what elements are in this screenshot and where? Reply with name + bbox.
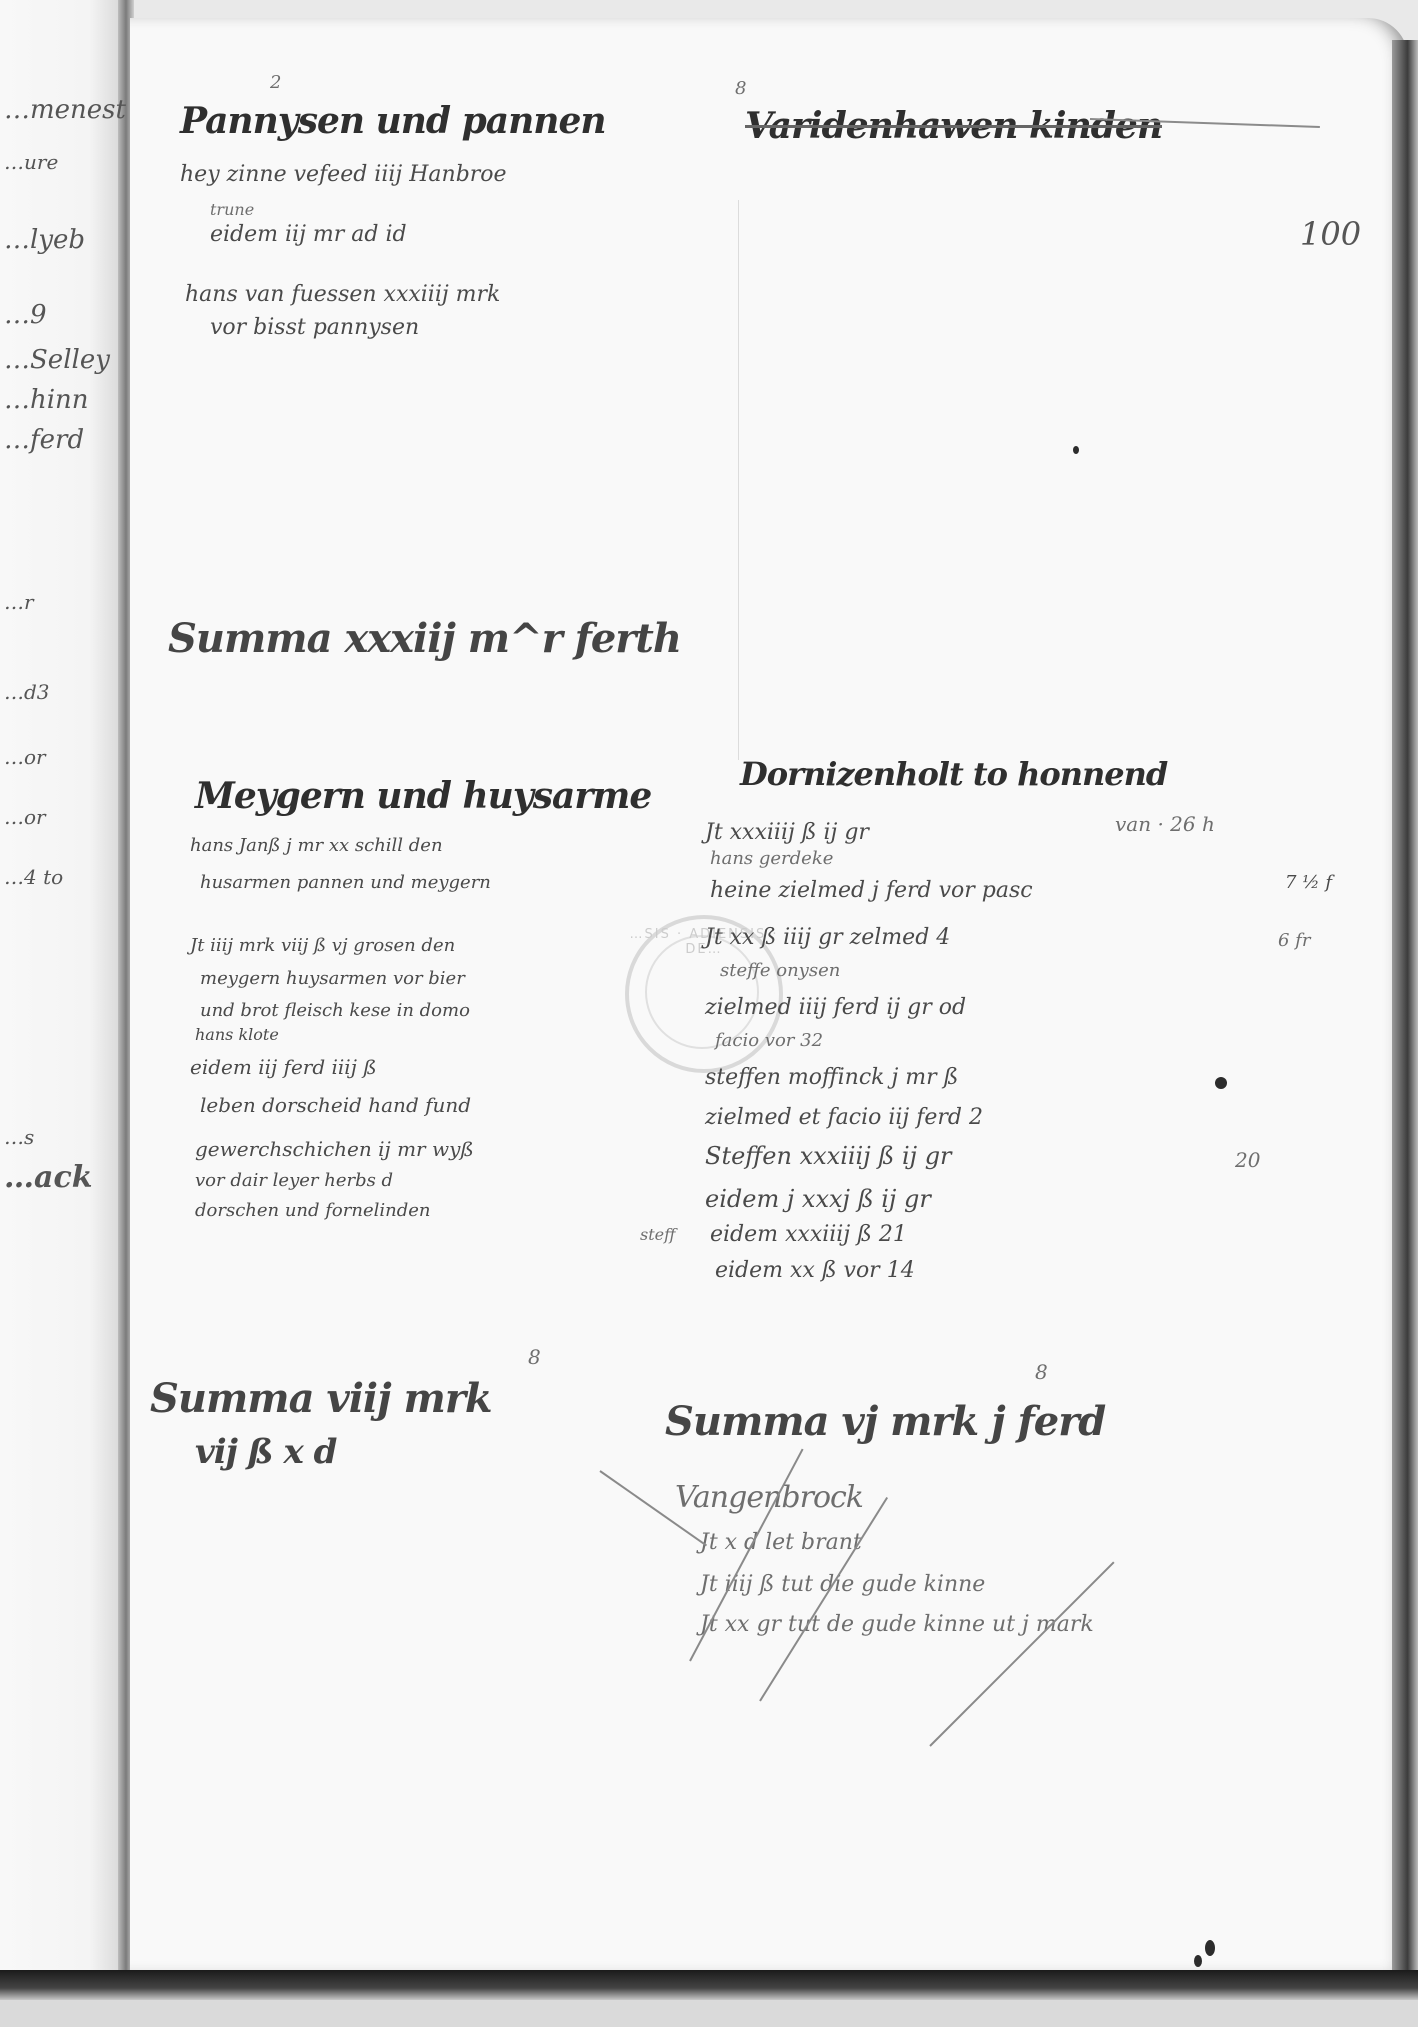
entry-line: Jt iiij ß tut die gude kinne — [700, 1572, 985, 1597]
page-edge — [1392, 40, 1418, 1980]
heading-prefix: 8 — [735, 78, 746, 99]
sum-total-3: Summa vj mrk j ferd — [665, 1398, 1105, 1445]
ink-spot — [1073, 446, 1079, 454]
section-heading: Dornizenholt to honnend — [740, 755, 1167, 793]
left-fragment: …s — [4, 1125, 34, 1149]
entry-line: Jt iiij mrk viij ß vj grosen den — [190, 935, 455, 956]
entry-line: eidem iij mr ad id — [210, 222, 407, 247]
entry-line: steffe onysen — [720, 960, 840, 981]
entry-line: eidem xx ß vor 14 — [715, 1258, 915, 1283]
entry-line: meygern huysarmen vor bier — [200, 968, 465, 989]
entry-line: und brot fleisch kese in domo — [200, 1000, 470, 1021]
entry-line: Jt x d let brant — [700, 1530, 862, 1555]
entry-line: Jt xx ß iiij gr zelmed 4 — [705, 925, 950, 950]
entry-line: eidem iij ferd iiij ß — [190, 1055, 377, 1079]
entry-line: vor dair leyer herbs d — [195, 1170, 393, 1191]
entry-line: Jt xxxiiij ß ij gr — [705, 820, 869, 845]
section-heading: Meygern und huysarme — [195, 775, 651, 817]
sum-total-2-line2: vij ß x d — [195, 1432, 336, 1472]
ink-spot — [1205, 1940, 1215, 1956]
entry-line: Steffen xxxiiij ß ij gr — [705, 1142, 952, 1170]
sum-superscript: 8 — [528, 1345, 541, 1369]
column-rule — [738, 200, 739, 760]
entry-line: gewerchschichen ij mr wyß — [195, 1137, 474, 1161]
sum-total-1: Summa xxxiij m^r ferth — [168, 615, 681, 662]
left-fragment: …ack — [4, 1160, 93, 1195]
entry-line: dorschen und fornelinden — [195, 1200, 431, 1221]
left-fragment: …4 to — [4, 865, 63, 889]
ink-spot — [1215, 1077, 1227, 1089]
left-fragment: …Selley — [4, 345, 110, 375]
entry-line: husarmen pannen und meygern — [200, 872, 491, 893]
heading-superscript: 2 — [270, 72, 281, 93]
left-fragment: …ure — [4, 150, 58, 174]
left-fragment: …9 — [4, 300, 47, 330]
entry-line: leben dorscheid hand fund — [200, 1093, 471, 1117]
left-fragment: …lyeb — [4, 225, 85, 255]
entry-line: vor bisst pannysen — [210, 315, 419, 340]
entry-note: 7 ½ f — [1285, 872, 1332, 893]
entry-note: 20 — [1235, 1148, 1260, 1172]
entry-line: hans klote — [195, 1025, 279, 1044]
entry-line: zielmed iiij ferd ij gr od — [705, 995, 966, 1020]
bottom-strip — [0, 2000, 1418, 2027]
left-fragment: …or — [4, 745, 46, 769]
entry-line: steffen moffinck j mr ß — [705, 1065, 958, 1090]
entry-line: trune — [210, 200, 254, 219]
ink-spot — [1194, 1955, 1202, 1967]
left-fragment: …d3 — [4, 680, 50, 704]
entry-note: 6 fr — [1278, 930, 1310, 951]
left-fragment: …ferd — [4, 425, 84, 455]
entry-line: zielmed et facio iij ferd 2 — [705, 1105, 983, 1130]
left-fragment: …or — [4, 805, 46, 829]
sum-superscript: 8 — [1035, 1360, 1048, 1384]
entry-line: Jt xx gr tut de gude kinne ut j mark — [700, 1612, 1094, 1637]
entry-line: eidem j xxxj ß ij gr — [705, 1185, 931, 1213]
entry-line: hans gerdeke — [710, 848, 833, 869]
entry-line: eidem xxxiiij ß 21 — [710, 1222, 907, 1247]
section-heading-struck: Varidenhawen kinden — [745, 105, 1162, 147]
entry-line: hey zinne vefeed iiij Hanbroe — [180, 162, 507, 187]
entry-line: hans Janß j mr xx schill den — [190, 835, 443, 856]
sum-total-2: Summa viij mrk — [150, 1375, 492, 1422]
binding-shadow — [0, 1970, 1418, 2000]
left-fragment: …hinn — [4, 385, 89, 415]
folio-number: 100 — [1300, 215, 1361, 253]
left-fragment: …menest — [4, 95, 126, 125]
entry-line: facio vor 32 — [715, 1030, 823, 1051]
left-fragment: …r — [4, 590, 34, 614]
entry-line: hans van fuessen xxxiiij mrk — [185, 282, 500, 307]
entry-line: heine zielmed j ferd vor pasc — [710, 878, 1033, 903]
entry-note: van · 26 h — [1115, 812, 1215, 836]
margin-mark: steff — [640, 1225, 675, 1244]
section-heading: Pannysen und pannen — [180, 100, 606, 142]
left-page — [0, 0, 128, 1985]
